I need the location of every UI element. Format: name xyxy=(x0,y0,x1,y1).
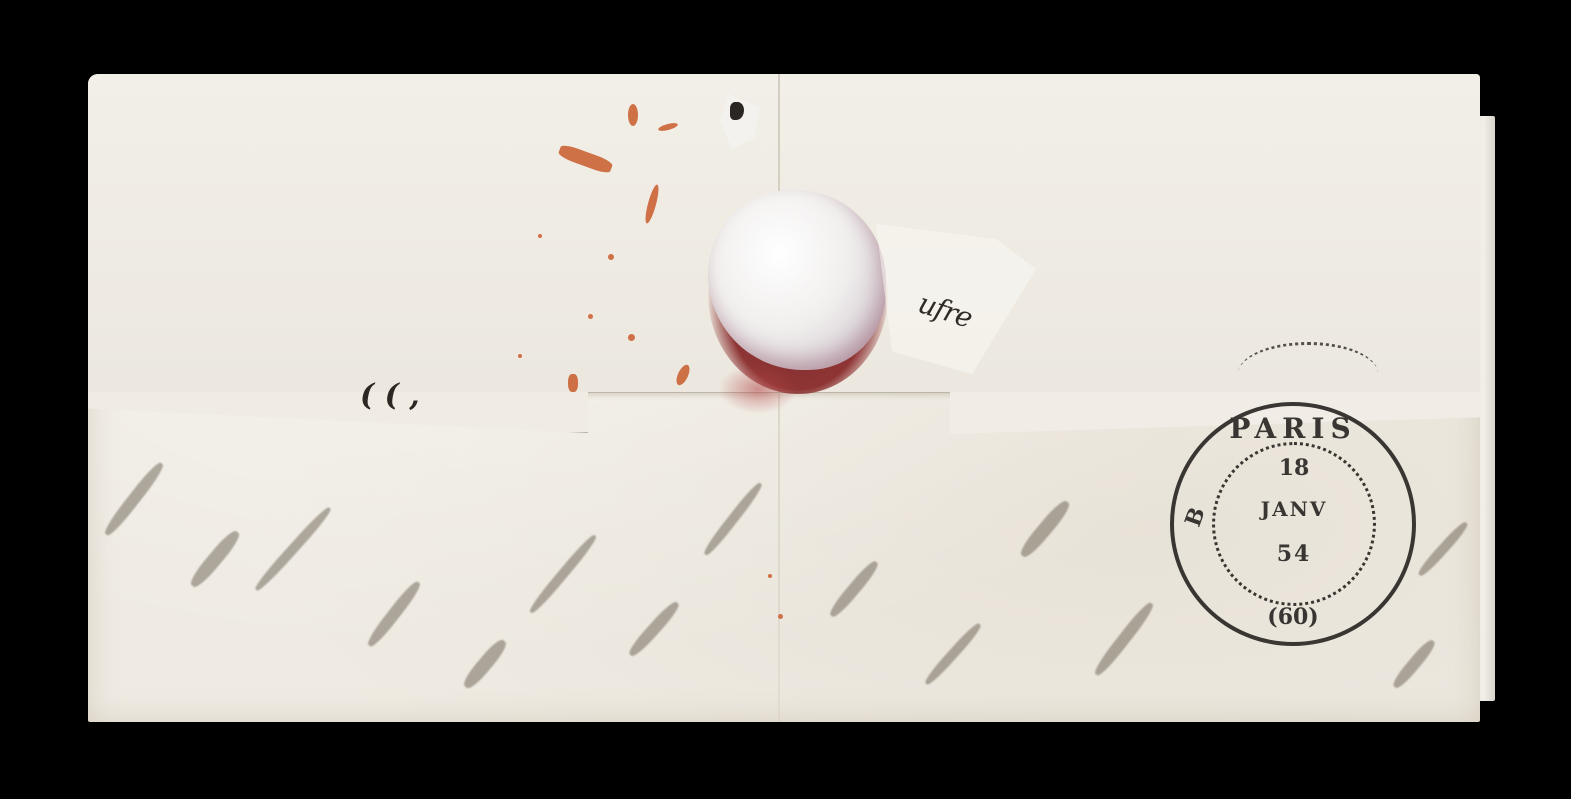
postmark-department: (60) xyxy=(1174,604,1412,630)
left-fold-handwriting: ( ( , xyxy=(360,378,420,413)
wax-stain xyxy=(718,364,798,414)
paris-postmark: PARIS 18 JANV 54 B (60) xyxy=(1170,402,1416,646)
partial-postmark-strike xyxy=(1238,342,1378,405)
postmark-side-letter: B xyxy=(1180,504,1211,530)
postmark-city: PARIS xyxy=(1174,412,1412,445)
postmark-day: 18 xyxy=(1215,455,1373,481)
postmark-inner-ring: 18 JANV 54 xyxy=(1212,442,1376,606)
folded-letter: ufre ( ( , PARIS 18 JANV 54 B (60) xyxy=(88,74,1480,722)
photo-stage: ufre ( ( , PARIS 18 JANV 54 B (60) xyxy=(0,0,1571,799)
left-inner-flap xyxy=(88,392,588,433)
postmark-month: JANV xyxy=(1215,497,1373,521)
postmark-year: 54 xyxy=(1215,541,1373,567)
